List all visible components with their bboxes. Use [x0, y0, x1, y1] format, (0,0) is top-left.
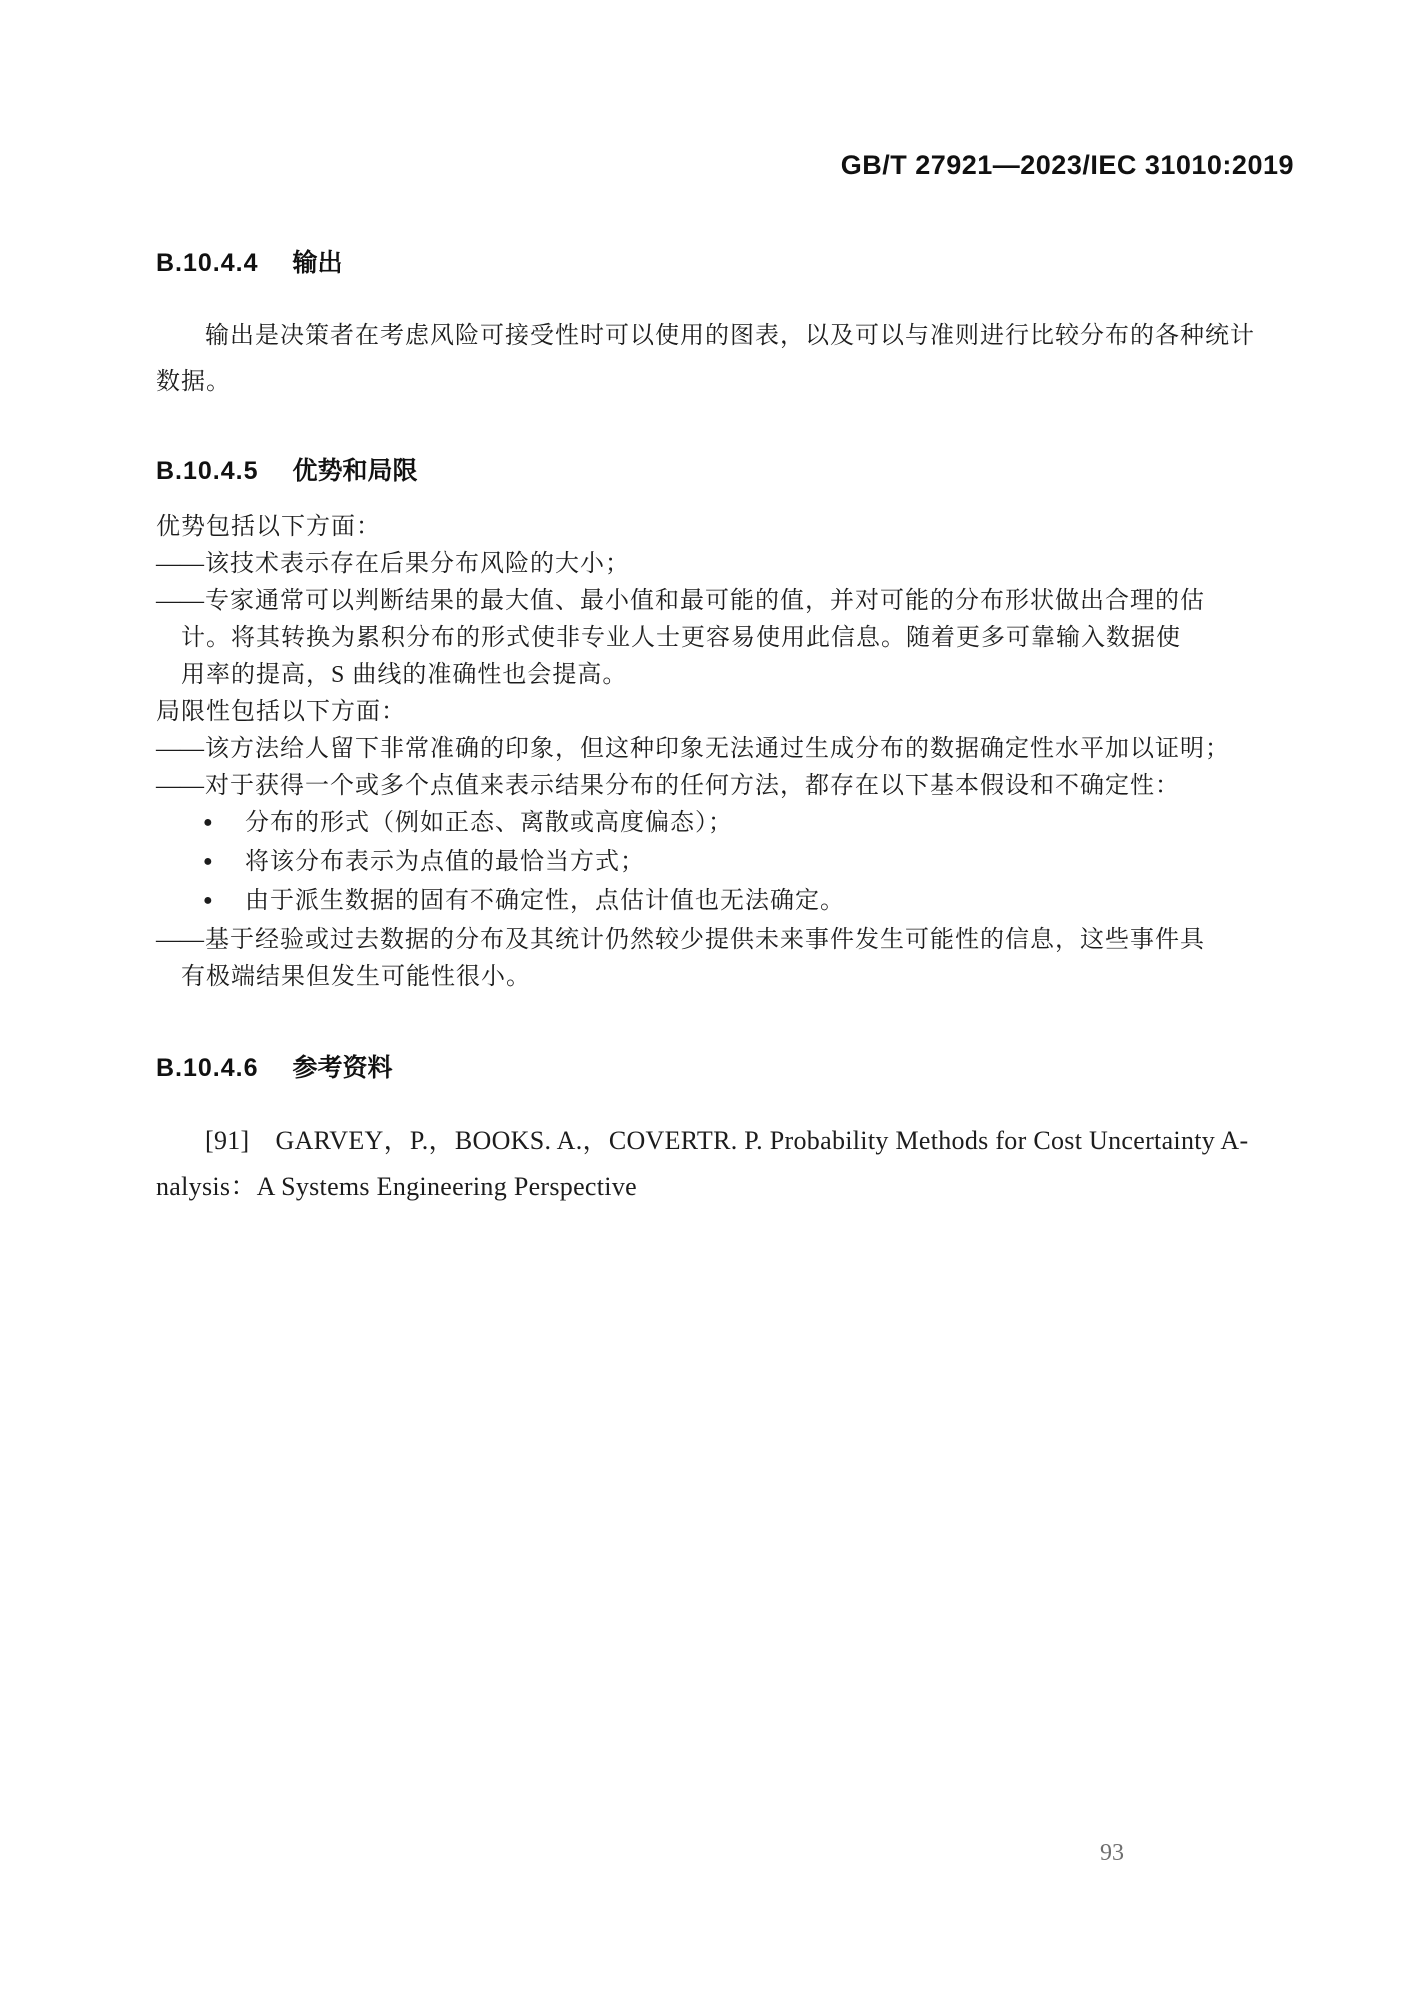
output-paragraph: 输出是决策者在考虑风险可接受性时可以使用的图表，以及可以与准则进行比较分布的各种…	[156, 313, 1296, 405]
reference-number: [91]	[205, 1126, 250, 1155]
reference-line: [91]GARVEY，P.，BOOKS. A.，COVERTR. P. Prob…	[156, 1118, 1296, 1164]
section-title: 参考资料	[293, 1054, 393, 1082]
limitations-label: 局限性包括以下方面：	[156, 694, 1296, 731]
section-heading-b1045: B.10.4.5优势和局限	[156, 451, 1296, 487]
section-heading-b1044: B.10.4.4输出	[156, 243, 1296, 279]
limitation-item-text: 基于经验或过去数据的分布及其统计仍然较少提供未来事件发生可能性的信息，这些事件具	[205, 927, 1205, 953]
limitation-item-text: 该方法给人留下非常准确的印象，但这种印象无法通过生成分布的数据确定性水平加以证明…	[205, 736, 1230, 762]
dash-marker: ——	[156, 773, 204, 799]
advantage-item-continuation: 计。将其转换为累积分布的形式使非专业人士更容易使用此信息。随着更多可靠输入数据使	[156, 620, 1296, 657]
assumption-bullet-item: ●将该分布表示为点值的最恰当方式；	[156, 844, 1296, 883]
limitation-item: ——基于经验或过去数据的分布及其统计仍然较少提供未来事件发生可能性的信息，这些事…	[156, 922, 1296, 959]
standard-code-header: GB/T 27921—2023/IEC 31010:2019	[0, 0, 1414, 181]
section-title: 输出	[293, 249, 343, 277]
section-number: B.10.4.5	[156, 457, 259, 485]
advantage-item-text: 该技术表示存在后果分布风险的大小；	[205, 551, 630, 577]
limitation-item: ——该方法给人留下非常准确的印象，但这种印象无法通过生成分布的数据确定性水平加以…	[156, 731, 1296, 768]
limitation-item: ——对于获得一个或多个点值来表示结果分布的任何方法，都存在以下基本假设和不确定性…	[156, 768, 1296, 805]
section-number: B.10.4.6	[156, 1054, 259, 1082]
advantage-item: ——专家通常可以判断结果的最大值、最小值和最可能的值，并对可能的分布形状做出合理…	[156, 583, 1296, 620]
section-heading-b1046: B.10.4.6参考资料	[156, 1048, 1296, 1084]
bullet-icon: ●	[203, 804, 219, 841]
page-content: B.10.4.4输出 输出是决策者在考虑风险可接受性时可以使用的图表，以及可以与…	[156, 243, 1296, 1210]
dash-marker: ——	[156, 736, 204, 762]
assumption-bullet-item: ●由于派生数据的固有不确定性，点估计值也无法确定。	[156, 883, 1296, 922]
paragraph-line: 输出是决策者在考虑风险可接受性时可以使用的图表，以及可以与准则进行比较分布的各种…	[156, 313, 1296, 359]
advantage-item-text: 专家通常可以判断结果的最大值、最小值和最可能的值，并对可能的分布形状做出合理的估	[205, 588, 1205, 614]
dash-marker: ——	[156, 927, 204, 953]
document-page: GB/T 27921—2023/IEC 31010:2019 B.10.4.4输…	[0, 0, 1414, 2000]
bullet-icon: ●	[203, 882, 219, 919]
dash-marker: ——	[156, 588, 204, 614]
assumption-bullet-item: ●分布的形式（例如正态、离散或高度偏态）；	[156, 805, 1296, 844]
section-title: 优势和局限	[293, 457, 418, 485]
reference-entry: [91]GARVEY，P.，BOOKS. A.，COVERTR. P. Prob…	[156, 1118, 1296, 1210]
advantages-label: 优势包括以下方面：	[156, 509, 1296, 546]
limitation-item-continuation: 有极端结果但发生可能性很小。	[156, 959, 1296, 996]
bullet-item-text: 分布的形式（例如正态、离散或高度偏态）；	[245, 810, 733, 836]
bullet-icon: ●	[203, 843, 219, 880]
section-number: B.10.4.4	[156, 249, 259, 277]
reference-line: nalysis：A Systems Engineering Perspectiv…	[156, 1164, 1296, 1210]
limitation-item-text: 对于获得一个或多个点值来表示结果分布的任何方法，都存在以下基本假设和不确定性：	[205, 773, 1180, 799]
bullet-item-text: 将该分布表示为点值的最恰当方式；	[245, 849, 645, 875]
page-number: 93	[1100, 1840, 1124, 1867]
advantage-item-continuation: 用率的提高，S 曲线的准确性也会提高。	[156, 657, 1296, 694]
reference-text: GARVEY，P.，BOOKS. A.，COVERTR. P. Probabil…	[276, 1126, 1249, 1155]
strengths-limitations-list: 优势包括以下方面： ——该技术表示存在后果分布风险的大小； ——专家通常可以判断…	[156, 509, 1296, 996]
advantage-item: ——该技术表示存在后果分布风险的大小；	[156, 546, 1296, 583]
bullet-item-text: 由于派生数据的固有不确定性，点估计值也无法确定。	[245, 888, 845, 914]
paragraph-line: 数据。	[156, 359, 1296, 405]
dash-marker: ——	[156, 551, 204, 577]
